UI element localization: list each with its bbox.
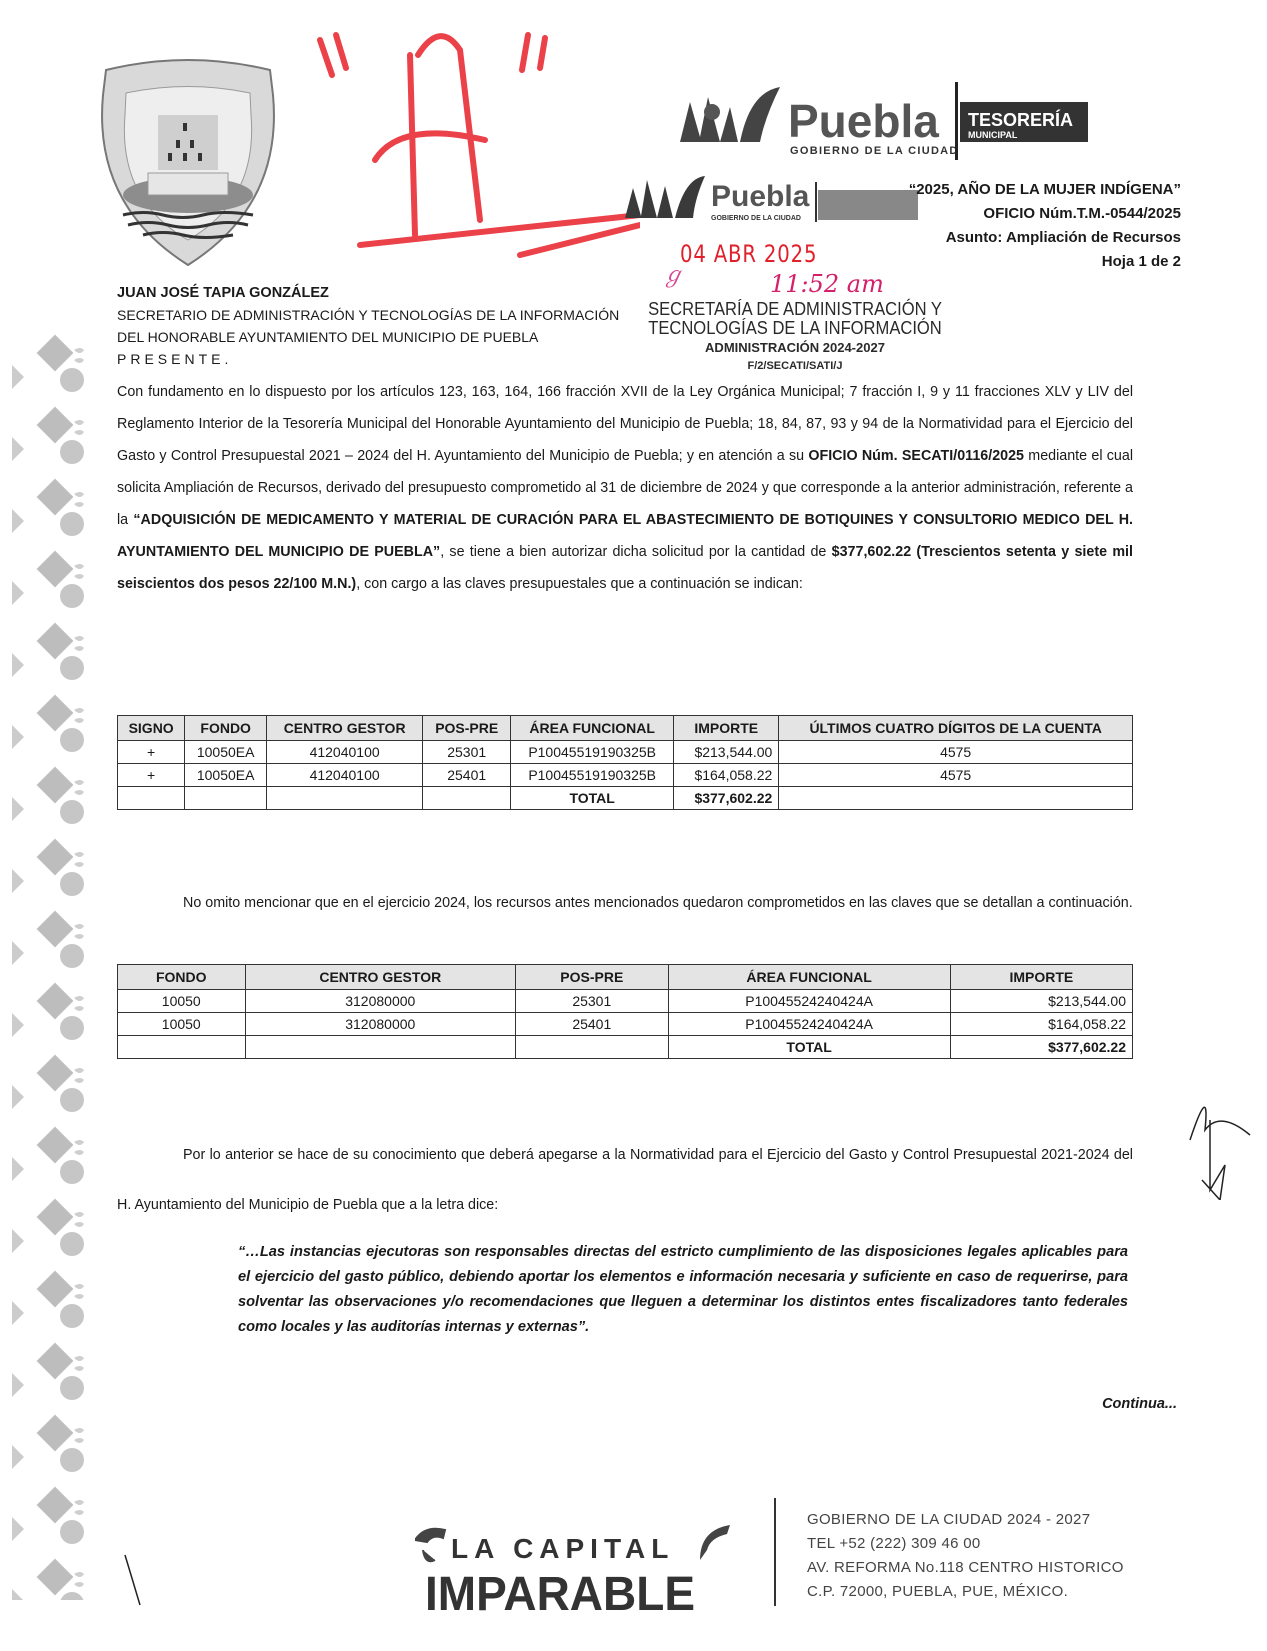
table-cell: 25401 <box>516 1013 668 1036</box>
column-header: POS-PRE <box>516 965 668 990</box>
column-header: CENTRO GESTOR <box>267 716 423 741</box>
stamp-time: 11:52 am <box>770 270 884 298</box>
table-cell: 4575 <box>779 764 1133 787</box>
puebla-tesoreria-logo: Puebla GOBIERNO DE LA CIUDAD TESORERÍA M… <box>680 82 1180 172</box>
year-motto: “2025, AÑO DE LA MUJER INDÍGENA” <box>909 178 1181 202</box>
paragraph-normativity: Por lo anterior se hace de su conocimien… <box>117 1130 1133 1230</box>
committed-2024-table: FONDOCENTRO GESTORPOS-PREÁREA FUNCIONALI… <box>117 964 1133 1059</box>
svg-text:TESORERÍA: TESORERÍA <box>968 109 1073 130</box>
column-header: ÚLTIMOS CUATRO DÍGITOS DE LA CUENTA <box>779 716 1133 741</box>
table-cell: 412040100 <box>267 764 423 787</box>
reception-stamp: SECRETARÍA DE ADMINISTRACIÓN Y TECNOLOGÍ… <box>630 300 960 376</box>
p1-oficio-ref: OFICIO Núm. SECATI/0116/2025 <box>808 448 1024 464</box>
la-capital-imparable-logo: LA CAPITAL IMPARABLE <box>415 1520 735 1630</box>
table-cell <box>779 787 1133 810</box>
stamp-line-2: TECNOLOGÍAS DE LA INFORMACIÓN <box>643 319 947 338</box>
table-cell: P10045519190325B <box>511 764 674 787</box>
total-label: TOTAL <box>668 1036 950 1059</box>
paragraph-legal-basis: Con fundamento en lo dispuesto por los a… <box>117 376 1133 600</box>
paragraph-2024-commitment: No omito mencionar que en el ejercicio 2… <box>117 890 1133 917</box>
budget-keys-table: SIGNOFONDOCENTRO GESTORPOS-PREÁREA FUNCI… <box>117 715 1133 810</box>
column-header: POS-PRE <box>423 716 511 741</box>
table-cell: $213,544.00 <box>674 741 779 764</box>
table-row: +10050EA41204010025401P10045519190325B$1… <box>118 764 1133 787</box>
svg-text:GOBIERNO DE LA CIUDAD: GOBIERNO DE LA CIUDAD <box>711 215 801 222</box>
p1-text-c: , se tiene a bien autorizar dicha solici… <box>440 544 831 560</box>
stamp-line-1: SECRETARÍA DE ADMINISTRACIÓN Y <box>643 300 947 319</box>
addressee-presente: PRESENTE. <box>117 348 619 370</box>
table-cell <box>423 787 511 810</box>
table-row: 1005031208000025401P10045524240424A$164,… <box>118 1013 1133 1036</box>
addressee-title-2: DEL HONORABLE AYUNTAMIENTO DEL MUNICIPIO… <box>117 326 619 348</box>
column-header: CENTRO GESTOR <box>245 965 516 990</box>
stamp-line-3: ADMINISTRACIÓN 2024-2027 <box>630 338 960 357</box>
table-cell: $164,058.22 <box>674 764 779 787</box>
oficio-number: OFICIO Núm.T.M.-0544/2025 <box>909 202 1181 226</box>
footer-postal: C.P. 72000, PUEBLA, PUE, MÉXICO. <box>807 1580 1124 1604</box>
table-cell: 25301 <box>516 990 668 1013</box>
total-row: TOTAL$377,602.22 <box>118 1036 1133 1059</box>
addressee-title-1: SECRETARIO DE ADMINISTRACIÓN Y TECNOLOGÍ… <box>117 304 619 326</box>
decorative-border <box>12 330 90 1600</box>
table-cell: 10050 <box>118 990 246 1013</box>
column-header: FONDO <box>118 965 246 990</box>
table-cell <box>118 787 185 810</box>
table-row: 1005031208000025301P10045524240424A$213,… <box>118 990 1133 1013</box>
pen-mark <box>120 1550 160 1610</box>
footer-government: GOBIERNO DE LA CIUDAD 2024 - 2027 <box>807 1508 1124 1532</box>
svg-text:LA CAPITAL: LA CAPITAL <box>451 1533 674 1564</box>
document-header: “2025, AÑO DE LA MUJER INDÍGENA” OFICIO … <box>909 178 1181 274</box>
table-cell: $164,058.22 <box>950 1013 1132 1036</box>
table-cell: P10045524240424A <box>668 1013 950 1036</box>
addressee-block: JUAN JOSÉ TAPIA GONZÁLEZ SECRETARIO DE A… <box>117 282 619 370</box>
stamp-date: 04 ABR 2025 <box>680 240 817 268</box>
table-cell: 412040100 <box>267 741 423 764</box>
column-header: ÁREA FUNCIONAL <box>668 965 950 990</box>
municipal-crest-logo <box>88 55 288 270</box>
table-cell: 312080000 <box>245 1013 516 1036</box>
table-cell: + <box>118 764 185 787</box>
column-header: ÁREA FUNCIONAL <box>511 716 674 741</box>
table-cell <box>267 787 423 810</box>
stamp-line-4: F/2/SECATI/SATI/J <box>630 357 960 376</box>
table-cell: P10045519190325B <box>511 741 674 764</box>
table-cell: P10045524240424A <box>668 990 950 1013</box>
table-cell: 10050EA <box>185 741 267 764</box>
svg-text:GOBIERNO DE LA CIUDAD: GOBIERNO DE LA CIUDAD <box>790 145 959 157</box>
table-cell <box>185 787 267 810</box>
asunto: Asunto: Ampliación de Recursos <box>909 226 1181 250</box>
svg-text:MUNICIPAL: MUNICIPAL <box>968 130 1018 140</box>
table-cell: $213,544.00 <box>950 990 1132 1013</box>
footer-phone: TEL +52 (222) 309 46 00 <box>807 1532 1124 1556</box>
total-value: $377,602.22 <box>674 787 779 810</box>
addressee-name: JUAN JOSÉ TAPIA GONZÁLEZ <box>117 282 619 304</box>
footer-contact-info: GOBIERNO DE LA CIUDAD 2024 - 2027 TEL +5… <box>807 1508 1124 1604</box>
svg-text:Puebla: Puebla <box>711 180 810 213</box>
normativity-quote: “…Las instancias ejecutoras son responsa… <box>238 1240 1128 1340</box>
table-cell <box>118 1036 246 1059</box>
table-row: +10050EA41204010025301P10045519190325B$2… <box>118 741 1133 764</box>
table-cell: 10050EA <box>185 764 267 787</box>
footer-divider <box>774 1498 776 1606</box>
column-header: SIGNO <box>118 716 185 741</box>
svg-text:Puebla: Puebla <box>788 95 939 147</box>
table-cell: 4575 <box>779 741 1133 764</box>
table-cell: 10050 <box>118 1013 246 1036</box>
total-row: TOTAL$377,602.22 <box>118 787 1133 810</box>
footer-address: AV. REFORMA No.118 CENTRO HISTORICO <box>807 1556 1124 1580</box>
handwritten-red-mark <box>300 30 640 260</box>
p1-text-d: , con cargo a las claves presupuestales … <box>356 576 803 592</box>
table-cell: 25301 <box>423 741 511 764</box>
table-cell: 25401 <box>423 764 511 787</box>
table-cell <box>516 1036 668 1059</box>
page-indicator: Hoja 1 de 2 <box>909 250 1181 274</box>
continues-label: Continua... <box>1102 1396 1177 1412</box>
margin-signature <box>1180 1070 1260 1200</box>
total-label: TOTAL <box>511 787 674 810</box>
column-header: FONDO <box>185 716 267 741</box>
table-cell <box>245 1036 516 1059</box>
svg-text:IMPARABLE: IMPARABLE <box>425 1568 695 1621</box>
column-header: IMPORTE <box>950 965 1132 990</box>
column-header: IMPORTE <box>674 716 779 741</box>
total-value: $377,602.22 <box>950 1036 1132 1059</box>
table-cell: + <box>118 741 185 764</box>
table-cell: 312080000 <box>245 990 516 1013</box>
